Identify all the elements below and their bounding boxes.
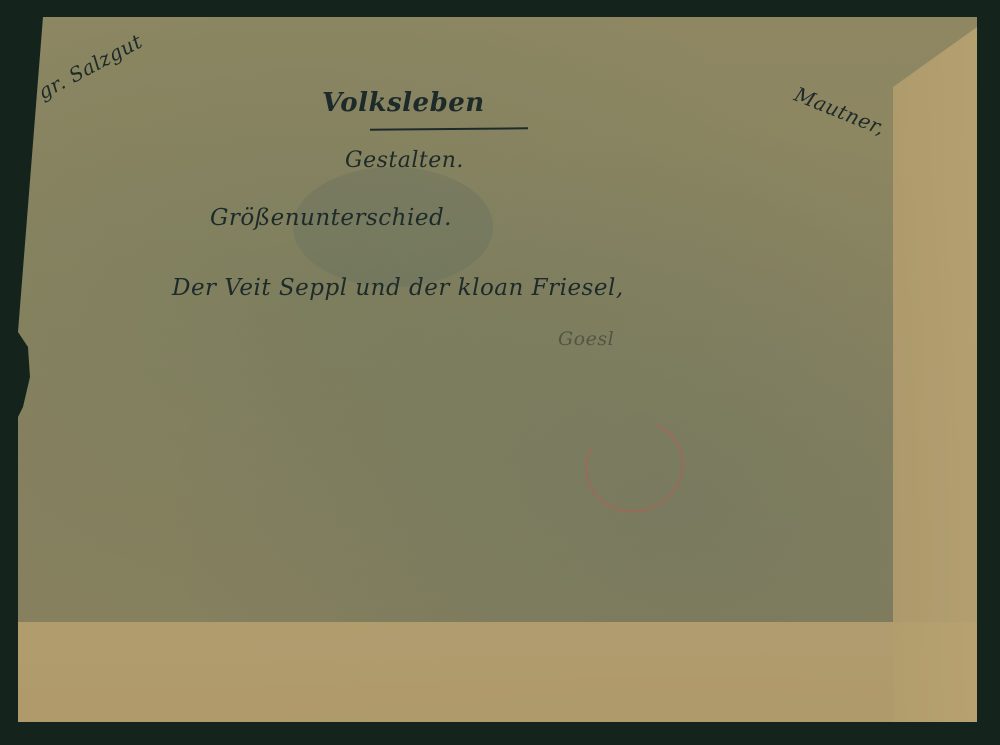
tape-strip-bottom [18, 622, 977, 722]
pencil-note: Goesl [558, 328, 614, 350]
archival-card [18, 17, 977, 722]
tape-strip-right [893, 17, 977, 722]
card-title: Volksleben [322, 88, 485, 118]
text-line-2: Der Veit Seppl und der kloan Friesel, [172, 275, 624, 301]
text-line-1: Größenunterschied. [210, 205, 452, 231]
card-subtitle: Gestalten. [345, 148, 464, 173]
